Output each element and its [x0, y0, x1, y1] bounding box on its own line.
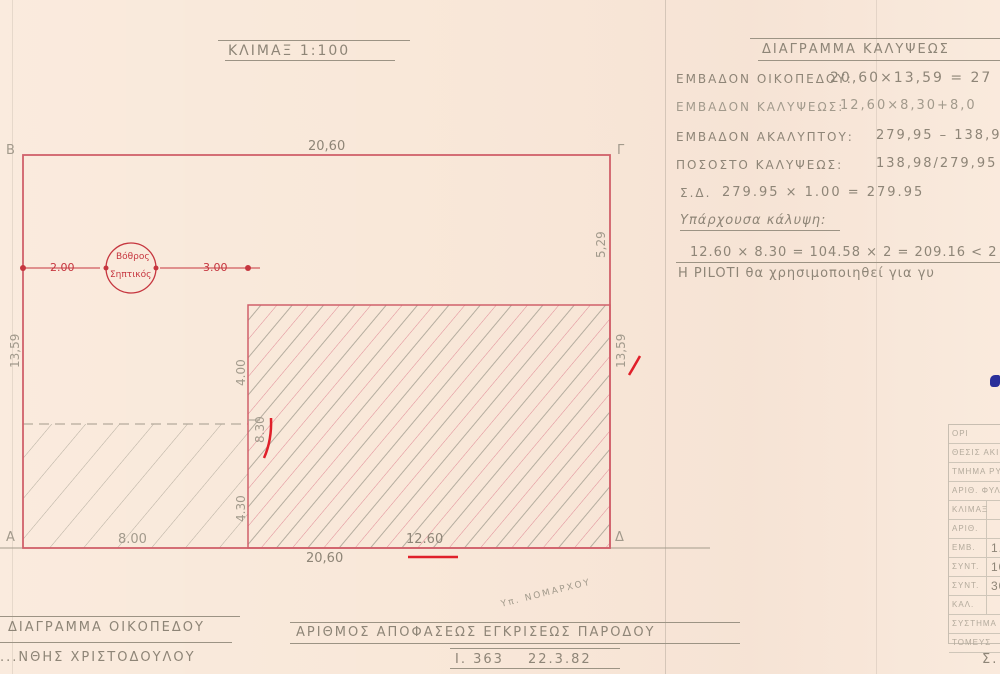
table-row: ΘΕΣΙΣ ΑΚΙ [949, 444, 1000, 463]
table-cell: ΚΛΙΜΑΞ [952, 501, 987, 519]
dim-building-left-upper: 4.00 [234, 359, 248, 386]
dim-bottom-right-segment: 12.60 [406, 532, 443, 547]
table-value: 10 [987, 558, 1000, 576]
dim-right-height: 13,59 [614, 334, 628, 368]
dim-well-left-offset: 2.00 [50, 261, 75, 274]
owner-name: ...ΝΘΗΣ ΧΡΙΣΤΟΔΟΥΛΟΥ [0, 650, 196, 665]
table-row: ΣΥΣΤΗΜΑ [949, 615, 1000, 634]
table-row: ΣΥΝΤ.30 [949, 577, 1000, 596]
table-cell: ΑΡΙΘ. [952, 520, 987, 538]
bottom-left-rule-2 [0, 642, 232, 643]
dim-building-left-lower: 4.30 [234, 495, 248, 522]
plot-diagram-title: ΔΙΑΓΡΑΜΜΑ ΟΙΚΟΠΕΔΟΥ [8, 620, 205, 635]
dim-bottom-left-segment: 8.00 [118, 532, 147, 547]
plot-drawing [0, 0, 1000, 674]
table-row: ΚΑΛ. [949, 596, 1000, 615]
table-row: ΟΡΙ [949, 425, 1000, 444]
dim-well-right-offset: 3.00 [203, 261, 228, 274]
decision-number: Ι. 363 [455, 652, 504, 667]
dim-bottom-width: 20,60 [306, 551, 343, 566]
table-value: 30 [987, 577, 1000, 595]
decision-title-underline [290, 643, 740, 644]
septic-tank-label-line2: Σηπτικός [110, 270, 151, 280]
table-cell: ΚΑΛ. [952, 596, 987, 614]
title-block-table: ΟΡΙ ΘΕΣΙΣ ΑΚΙ ΤΜΗΜΑ ΡΥΜ ΑΡΙΘ. ΦΥΛ ΚΛΙΜΑΞ… [948, 424, 1000, 644]
table-row: ΚΛΙΜΑΞ [949, 501, 1000, 520]
table-cell: ΣΥΝΤ. [952, 577, 987, 595]
corner-label-g: Γ [617, 143, 626, 158]
corner-label-b: Β [6, 143, 17, 158]
decision-number-underline [450, 668, 620, 669]
table-value: 1. [987, 539, 1000, 557]
dim-left-height: 13,59 [8, 334, 22, 368]
table-row: ΑΡΙΘ. ΦΥΛ [949, 482, 1000, 501]
dim-right-upper: 5,29 [594, 231, 608, 258]
decision-top-rule [290, 622, 740, 623]
bottom-left-rule [0, 616, 240, 617]
corner-label-a: Α [6, 530, 17, 545]
table-row: ΑΡΙΘ. [949, 520, 1000, 539]
septic-tank-label-line1: Βόθρος [116, 252, 150, 262]
decision-date: 22.3.82 [528, 652, 592, 667]
dim-building-height: 8.30 [253, 416, 267, 443]
decision-title: ΑΡΙΘΜΟΣ ΑΠΟΦΑΣΕΩΣ ΕΓΚΡΙΣΕΩΣ ΠΑΡΟΔΟΥ [296, 625, 656, 640]
table-cell: ΕΜΒ. [952, 539, 987, 557]
table-row: ΤΟΜΕΥΣ [949, 634, 1000, 653]
table-footer: Σ. [982, 652, 998, 667]
table-row: ΣΥΝΤ.10 [949, 558, 1000, 577]
table-row: ΤΜΗΜΑ ΡΥΜ [949, 463, 1000, 482]
table-cell: ΣΥΝΤ. [952, 558, 987, 576]
table-row: ΕΜΒ.1. [949, 539, 1000, 558]
dim-top-width: 20,60 [308, 139, 345, 154]
corner-label-d: Δ [615, 530, 626, 545]
ink-mark [990, 375, 1000, 387]
decision-number-rule [450, 648, 620, 649]
